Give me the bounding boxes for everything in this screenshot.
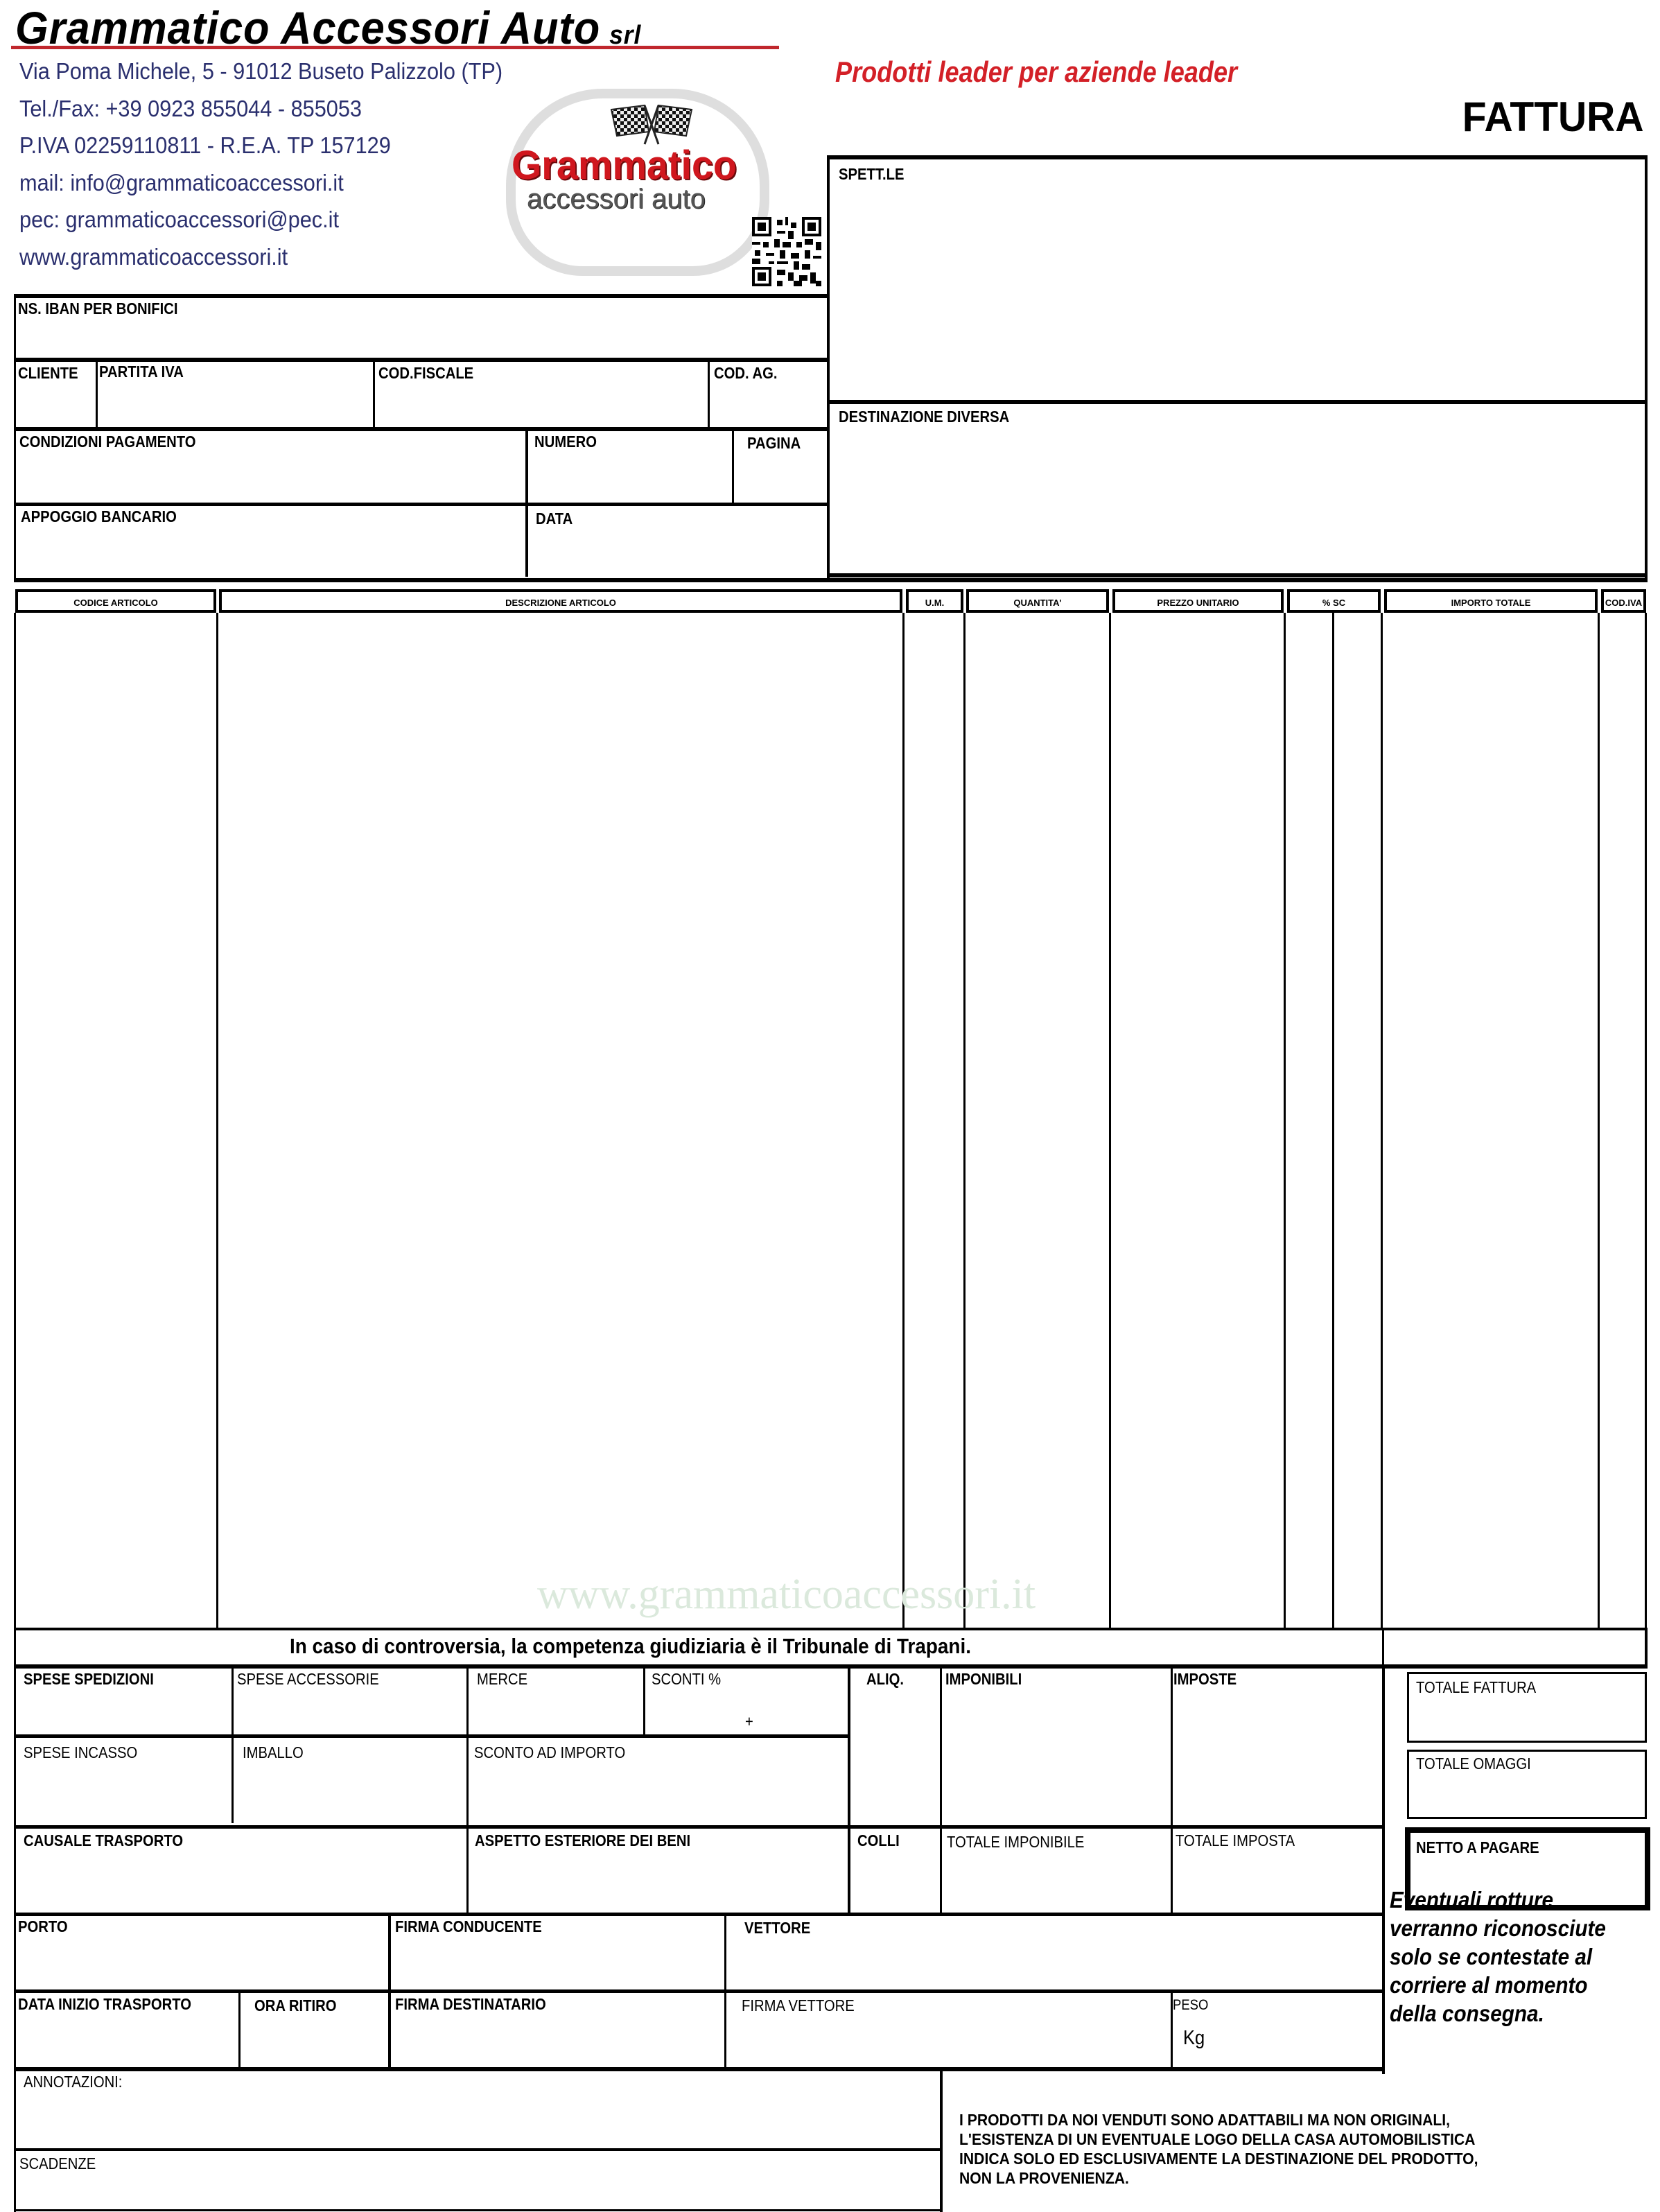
divider: [14, 1734, 849, 1738]
divider: [708, 360, 710, 428]
divider: [1171, 1666, 1173, 1915]
imballo-field[interactable]: [236, 1762, 464, 1822]
divider: [388, 1915, 391, 2070]
cod-fiscale-label: COD.FISCALE: [378, 365, 473, 381]
firma-vettore-label: FIRMA VETTORE: [742, 1998, 855, 2014]
causale-trasporto-label: CAUSALE TRASPORTO: [24, 1833, 183, 1849]
company-address: Via Poma Michele, 5 - 91012 Buseto Paliz…: [19, 58, 503, 85]
annotazioni-label: ANNOTAZIONI:: [24, 2074, 122, 2090]
firma-vettore-field[interactable]: [731, 2014, 1168, 2069]
spese-accessorie-field[interactable]: [236, 1689, 464, 1732]
divider: [96, 360, 98, 428]
watermark: www.grammaticoaccessori.it: [537, 1570, 1036, 1619]
column-header-label: COD.IVA: [1604, 598, 1643, 608]
column-header-label: PREZZO UNITARIO: [1115, 598, 1281, 608]
numero-label: NUMERO: [534, 434, 597, 450]
cliente-field[interactable]: [18, 383, 93, 424]
divider: [14, 2148, 943, 2151]
divider: [1382, 1628, 1384, 1666]
peso-label: PESO: [1173, 1998, 1208, 2012]
company-vat: P.IVA 02259110811 - R.E.A. TP 157129: [19, 132, 391, 159]
divider: [14, 2067, 1384, 2071]
divider: [14, 1628, 1648, 1630]
logo-brand: Grammatico: [512, 142, 737, 189]
sconto-ad-importo-field[interactable]: [471, 1762, 844, 1822]
spese-spedizioni-label: SPESE SPEDIZIONI: [24, 1671, 154, 1687]
totale-fattura-box[interactable]: TOTALE FATTURA: [1407, 1672, 1647, 1743]
divider: [14, 503, 828, 506]
annotazioni-field[interactable]: [19, 2092, 936, 2146]
column-header: QUANTITA': [966, 589, 1109, 613]
merce-field[interactable]: [471, 1689, 640, 1732]
data-inizio-trasporto-field[interactable]: [18, 2014, 236, 2069]
merce-label: MERCE: [477, 1671, 527, 1687]
divider: [525, 430, 528, 577]
header-divider: [11, 46, 779, 49]
spese-incasso-field[interactable]: [18, 1762, 229, 1822]
divider: [643, 1666, 645, 1736]
divider: [848, 1666, 850, 1915]
appoggio-bancario-field[interactable]: [21, 527, 521, 572]
pagina-label: PAGINA: [747, 435, 801, 451]
company-website[interactable]: www.grammaticoaccessori.it: [19, 244, 288, 270]
divider: [231, 1666, 234, 1823]
column-header: PREZZO UNITARIO: [1112, 589, 1284, 613]
totale-imponibile-field[interactable]: [944, 1851, 1168, 1912]
netto-a-pagare-label: NETTO A PAGARE: [1416, 1840, 1539, 1856]
cod-fiscale-field[interactable]: [378, 383, 704, 424]
peso-field[interactable]: [1176, 2014, 1379, 2069]
divider: [827, 573, 1648, 577]
divider: [1645, 1628, 1648, 1666]
imposte-field[interactable]: [1175, 1689, 1379, 1822]
numero-field[interactable]: [534, 452, 728, 500]
colli-label: COLLI: [857, 1833, 900, 1849]
iban-field[interactable]: [18, 319, 822, 355]
divider: [14, 1664, 1648, 1669]
breakage-note: Eventuali rotture verranno riconosciute …: [1390, 1886, 1606, 2028]
imposte-label: IMPOSTE: [1173, 1671, 1237, 1687]
destinazione-diversa-label: DESTINAZIONE DIVERSA: [839, 409, 1009, 425]
destinazione-diversa-field[interactable]: [832, 426, 1641, 568]
divider: [14, 294, 16, 578]
firma-conducente-field[interactable]: [395, 1937, 721, 1987]
cod-ag-field[interactable]: [714, 383, 823, 424]
divider: [732, 430, 734, 505]
partita-iva-label: PARTITA IVA: [99, 364, 184, 380]
cod-ag-label: COD. AG.: [714, 365, 777, 381]
porto-field[interactable]: [18, 1937, 385, 1987]
pagina-field[interactable]: [737, 452, 824, 500]
column-header: IMPORTO TOTALE: [1384, 589, 1598, 613]
porto-label: PORTO: [18, 1919, 68, 1935]
divider: [1645, 155, 1648, 578]
spese-incasso-label: SPESE INCASSO: [24, 1745, 137, 1761]
iban-label: NS. IBAN PER BONIFICI: [18, 301, 178, 317]
column-header: % SC: [1287, 589, 1381, 613]
column-divider: [1645, 613, 1647, 1628]
company-pec[interactable]: pec: grammaticoaccessori@pec.it: [19, 207, 339, 233]
divider: [940, 2069, 943, 2212]
divider: [14, 294, 828, 298]
spettle-label: SPETT.LE: [839, 166, 904, 182]
jurisdiction-notice: In caso di controversia, la competenza g…: [290, 1634, 971, 1659]
column-header: CODICE ARTICOLO: [15, 589, 216, 613]
condizioni-pagamento-label: CONDIZIONI PAGAMENTO: [19, 434, 196, 450]
column-header-label: DESCRIZIONE ARTICOLO: [222, 598, 900, 608]
column-header-label: IMPORTO TOTALE: [1387, 598, 1595, 608]
divider: [14, 358, 828, 362]
divider: [940, 1666, 942, 1915]
sconto-ad-importo-label: SCONTO AD IMPORTO: [474, 1745, 625, 1761]
divider: [373, 360, 375, 428]
divider: [724, 1915, 726, 2070]
divider: [14, 1913, 1384, 1916]
totale-fattura-label: TOTALE FATTURA: [1416, 1680, 1536, 1696]
imponibili-field[interactable]: [944, 1689, 1168, 1822]
appoggio-bancario-label: APPOGGIO BANCARIO: [21, 509, 177, 525]
column-header-label: % SC: [1290, 598, 1378, 608]
divider: [14, 578, 1648, 582]
condizioni-pagamento-field[interactable]: [19, 452, 522, 500]
scadenze-label: SCADENZE: [19, 2156, 96, 2172]
totale-omaggi-label: TOTALE OMAGGI: [1416, 1756, 1531, 1772]
data-field[interactable]: [536, 527, 823, 572]
divider: [14, 1825, 1384, 1829]
aspetto-esteriore-label: ASPETTO ESTERIORE DEI BENI: [475, 1833, 690, 1849]
items-table-body[interactable]: [16, 613, 1645, 1628]
totale-imponibile-label: TOTALE IMPONIBILE: [947, 1834, 1084, 1850]
cliente-label: CLIENTE: [18, 365, 78, 381]
vettore-field[interactable]: [731, 1937, 1379, 1987]
ora-ritiro-label: ORA RITIRO: [254, 1998, 336, 2014]
company-email[interactable]: mail: info@grammaticoaccessori.it: [19, 170, 344, 196]
slogan: Prodotti leader per aziende leader: [835, 55, 1237, 89]
partita-iva-field[interactable]: [101, 383, 369, 424]
aliq-label: ALIQ.: [866, 1671, 904, 1687]
divider: [14, 2069, 16, 2212]
data-inizio-trasporto-label: DATA INIZIO TRASPORTO: [18, 1996, 191, 2012]
origin-disclaimer: I PRODOTTI DA NOI VENDUTI SONO ADATTABIL…: [959, 2110, 1478, 2188]
imponibili-label: IMPONIBILI: [945, 1671, 1022, 1687]
column-header: DESCRIZIONE ARTICOLO: [219, 589, 902, 613]
sconti-field[interactable]: [647, 1689, 845, 1732]
column-header-label: U.M.: [909, 598, 961, 608]
imballo-label: IMBALLO: [243, 1745, 304, 1761]
divider: [14, 1628, 16, 2071]
firma-destinatario-label: FIRMA DESTINATARIO: [395, 1996, 546, 2012]
sconti-pct-label: SCONTI %: [652, 1671, 721, 1687]
divider: [827, 400, 1648, 404]
logo-subtitle: accessori auto: [527, 184, 706, 215]
colli-field[interactable]: [853, 1851, 937, 1912]
ora-ritiro-field[interactable]: [244, 2014, 385, 2069]
column-header: U.M.: [906, 589, 963, 613]
aspetto-esteriore-field[interactable]: [471, 1851, 844, 1912]
divider: [14, 427, 828, 431]
divider: [827, 155, 830, 578]
spese-accessorie-label: SPESE ACCESSORIE: [237, 1671, 379, 1687]
aliq-field[interactable]: [853, 1689, 937, 1822]
divider: [1382, 1666, 1385, 2074]
data-label: DATA: [536, 511, 573, 527]
spettle-field[interactable]: [832, 184, 1641, 395]
firma-destinatario-field[interactable]: [395, 2014, 721, 2069]
scadenze-field[interactable]: [19, 2174, 936, 2207]
totale-omaggi-box[interactable]: TOTALE OMAGGI: [1407, 1750, 1647, 1819]
column-header: COD.IVA: [1601, 589, 1646, 613]
document-title: FATTURA: [1462, 93, 1644, 141]
checkered-flags-icon: [603, 104, 700, 146]
causale-trasporto-field[interactable]: [18, 1851, 464, 1912]
divider: [466, 1666, 469, 1915]
column-header-label: CODICE ARTICOLO: [18, 598, 213, 608]
qr-code-icon[interactable]: [752, 217, 821, 286]
totale-imposta-field[interactable]: [1175, 1851, 1379, 1912]
divider: [14, 1989, 1384, 1993]
company-phone: Tel./Fax: +39 0923 855044 - 855053: [19, 96, 362, 122]
firma-conducente-label: FIRMA CONDUCENTE: [395, 1919, 542, 1935]
column-header-label: QUANTITA': [969, 598, 1106, 608]
divider: [14, 2209, 943, 2211]
divider: [238, 1992, 241, 2070]
spese-spedizioni-field[interactable]: [18, 1689, 229, 1732]
vettore-label: VETTORE: [744, 1920, 810, 1936]
totale-imposta-label: TOTALE IMPOSTA: [1176, 1833, 1295, 1849]
divider: [827, 155, 1648, 159]
